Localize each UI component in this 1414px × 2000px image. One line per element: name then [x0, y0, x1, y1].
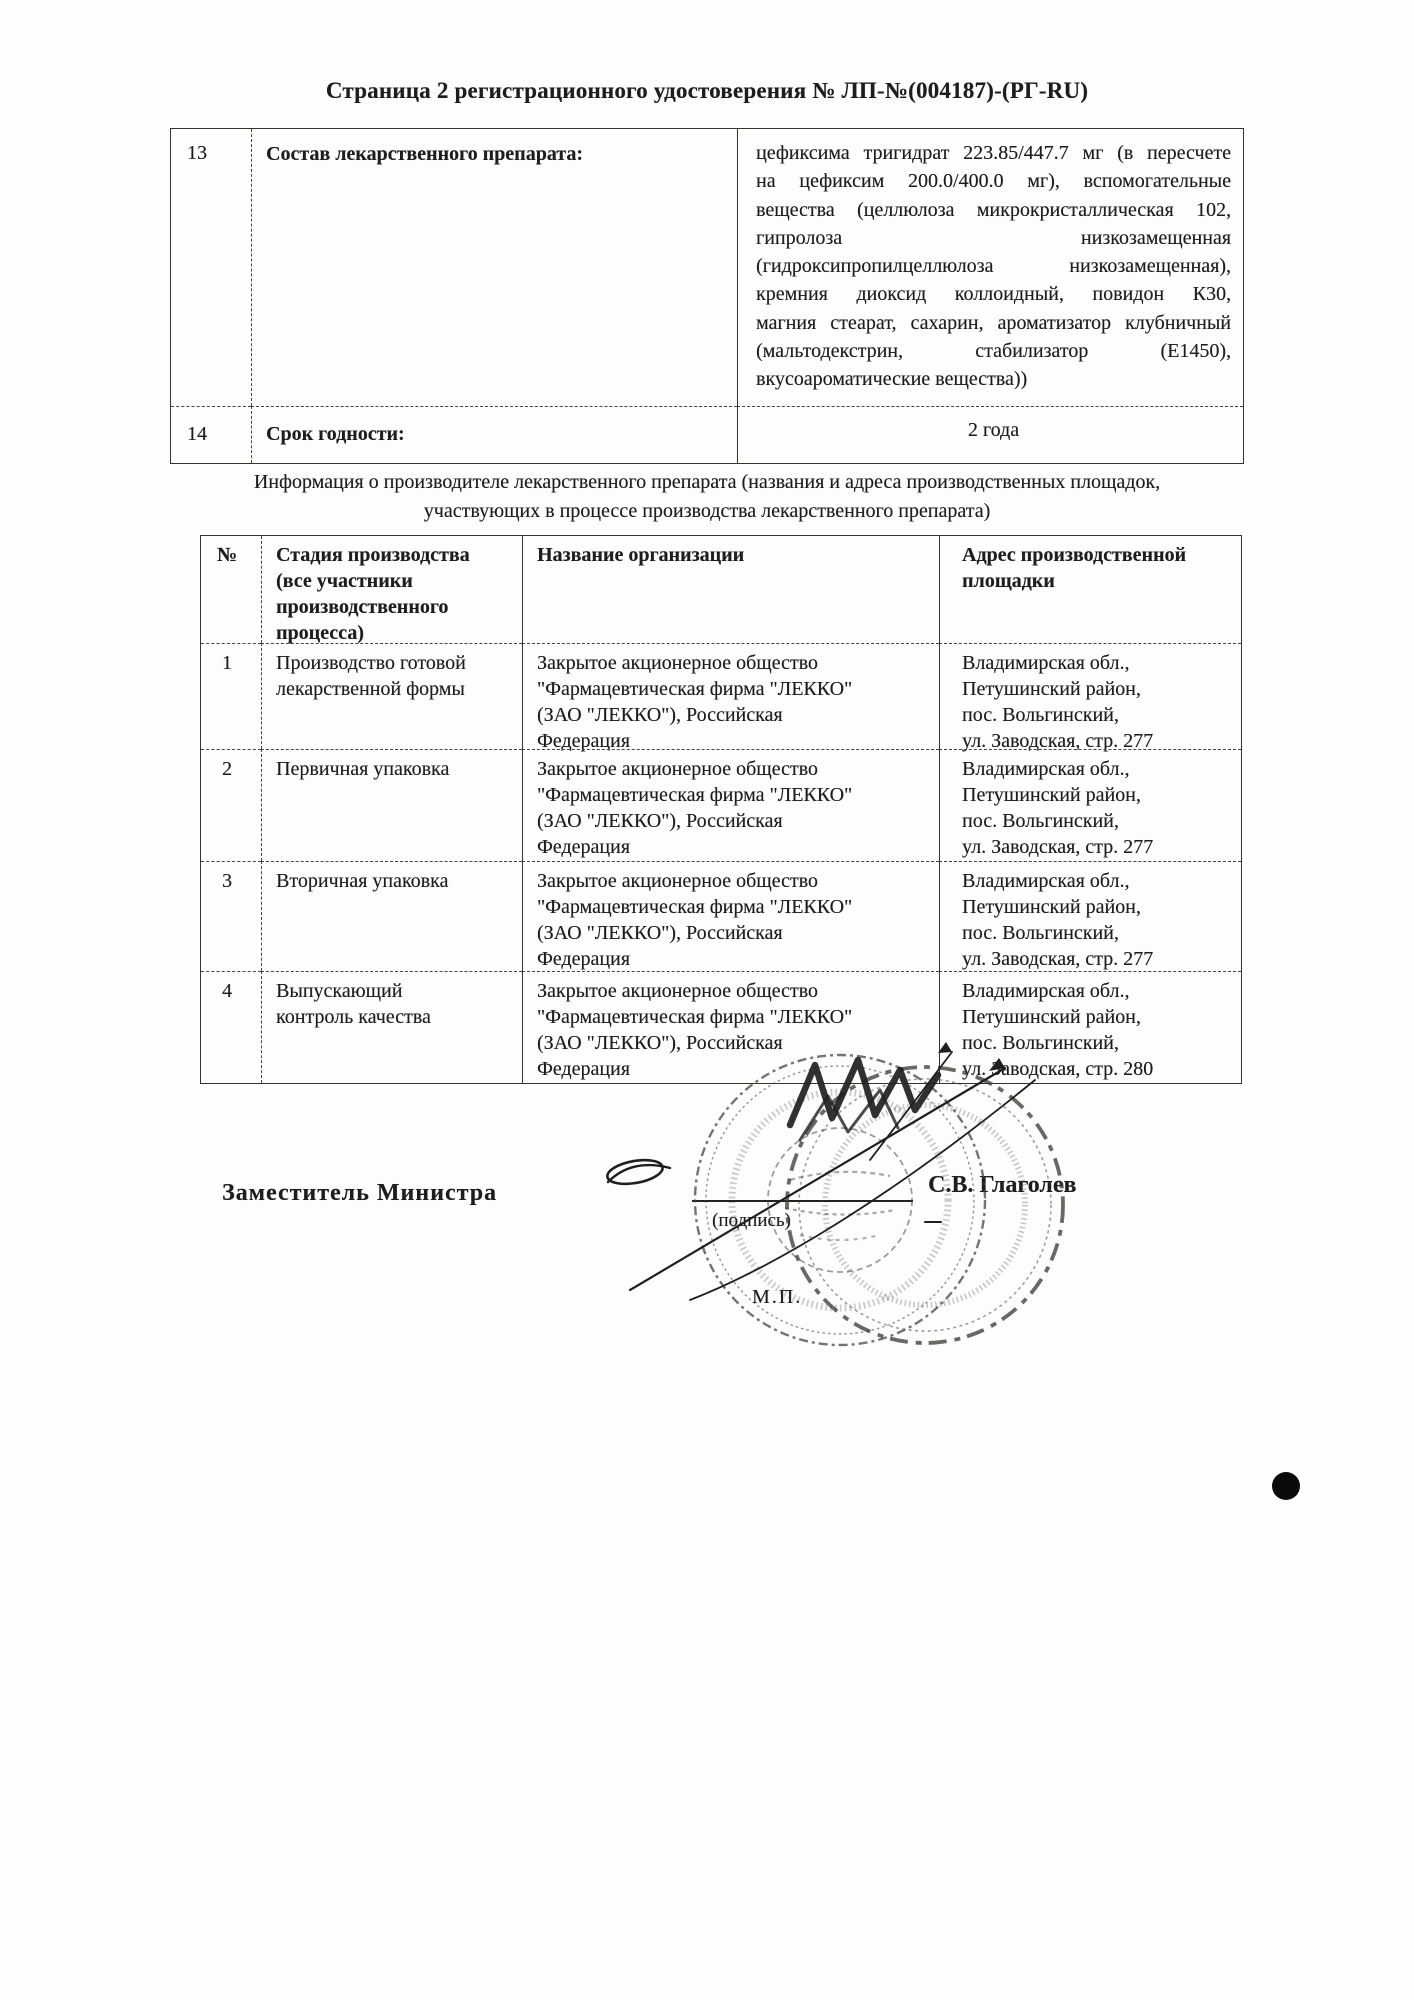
- row-number: 3: [201, 861, 261, 971]
- composition-line: вещества (целлюлоза микрокристаллическая…: [756, 196, 1231, 224]
- col-header-stage: Стадия производства (все участники произ…: [261, 536, 522, 643]
- row-number: 2: [201, 749, 261, 861]
- organization-cell: Закрытое акционерное общество "Фармацевт…: [522, 971, 939, 1083]
- row-number: 13: [171, 129, 251, 406]
- deputy-minister-title: Заместитель Министра: [222, 1180, 497, 1207]
- signature-caption: (подпись): [712, 1210, 791, 1232]
- composition-line: на цефиксим 200.0/400.0 мг), вспомогател…: [756, 167, 1231, 195]
- composition-line: (гидроксипропилцеллюлоза низкозамещенная…: [756, 252, 1231, 280]
- row-number: 4: [201, 971, 261, 1083]
- composition-line: цефиксима тригидрат 223.85/447.7 мг (в п…: [756, 139, 1231, 167]
- address-cell: Владимирская обл., Петушинский район, по…: [939, 749, 1241, 861]
- property-value-composition: цефиксима тригидрат 223.85/447.7 мг (в п…: [737, 129, 1243, 406]
- signature-line: [692, 1200, 913, 1202]
- organization-cell: Закрытое акционерное общество "Фармацевт…: [522, 861, 939, 971]
- row-number: 1: [201, 643, 261, 749]
- stage-cell: Выпускающий контроль качества: [261, 971, 522, 1083]
- property-label-shelf-life: Срок годности:: [251, 406, 737, 463]
- properties-table: 13 Состав лекарственного препарата: цефи…: [170, 128, 1244, 464]
- stamp-circle-right: [787, 1067, 1063, 1343]
- punch-hole-mark: [1272, 1472, 1300, 1500]
- row-number: 14: [171, 406, 251, 463]
- stage-cell: Первичная упаковка: [261, 749, 522, 861]
- organization-cell: Закрытое акционерное общество "Фармацевт…: [522, 749, 939, 861]
- address-cell: Владимирская обл., Петушинский район, по…: [939, 971, 1241, 1083]
- composition-line: вкусоароматические вещества)): [756, 365, 1231, 393]
- stage-cell: Производство готовой лекарственной формы: [261, 643, 522, 749]
- signer-name: С.В. Глаголев: [928, 1172, 1076, 1199]
- col-header-num: №: [201, 536, 261, 643]
- organization-cell: Закрытое акционерное общество "Фармацевт…: [522, 643, 939, 749]
- manufacturer-table: № Стадия производства (все участники про…: [200, 535, 1242, 1084]
- composition-line: (мальтодекстрин, стабилизатор (Е1450),: [756, 337, 1231, 365]
- address-cell: Владимирская обл., Петушинский район, по…: [939, 643, 1241, 749]
- composition-line: магния стеарат, сахарин, ароматизатор кл…: [756, 309, 1231, 337]
- property-label-composition: Состав лекарственного препарата:: [251, 129, 737, 406]
- seal-place-mark: М.П.: [752, 1286, 802, 1309]
- address-cell: Владимирская обл., Петушинский район, по…: [939, 861, 1241, 971]
- composition-line: кремния диоксид коллоидный, повидон К30,: [756, 280, 1231, 308]
- scanned-certificate-page: Страница 2 регистрационного удостоверени…: [0, 0, 1414, 2000]
- composition-line: гипролоза низкозамещенная: [756, 224, 1231, 252]
- stage-cell: Вторичная упаковка: [261, 861, 522, 971]
- page-title: Страница 2 регистрационного удостоверени…: [0, 78, 1414, 104]
- manufacturer-intro: Информация о производителе лекарственног…: [0, 468, 1414, 526]
- col-header-address: Адрес производственной площадки: [939, 536, 1241, 643]
- property-value-shelf-life: 2 года: [737, 406, 1243, 463]
- col-header-organization: Название организации: [522, 536, 939, 643]
